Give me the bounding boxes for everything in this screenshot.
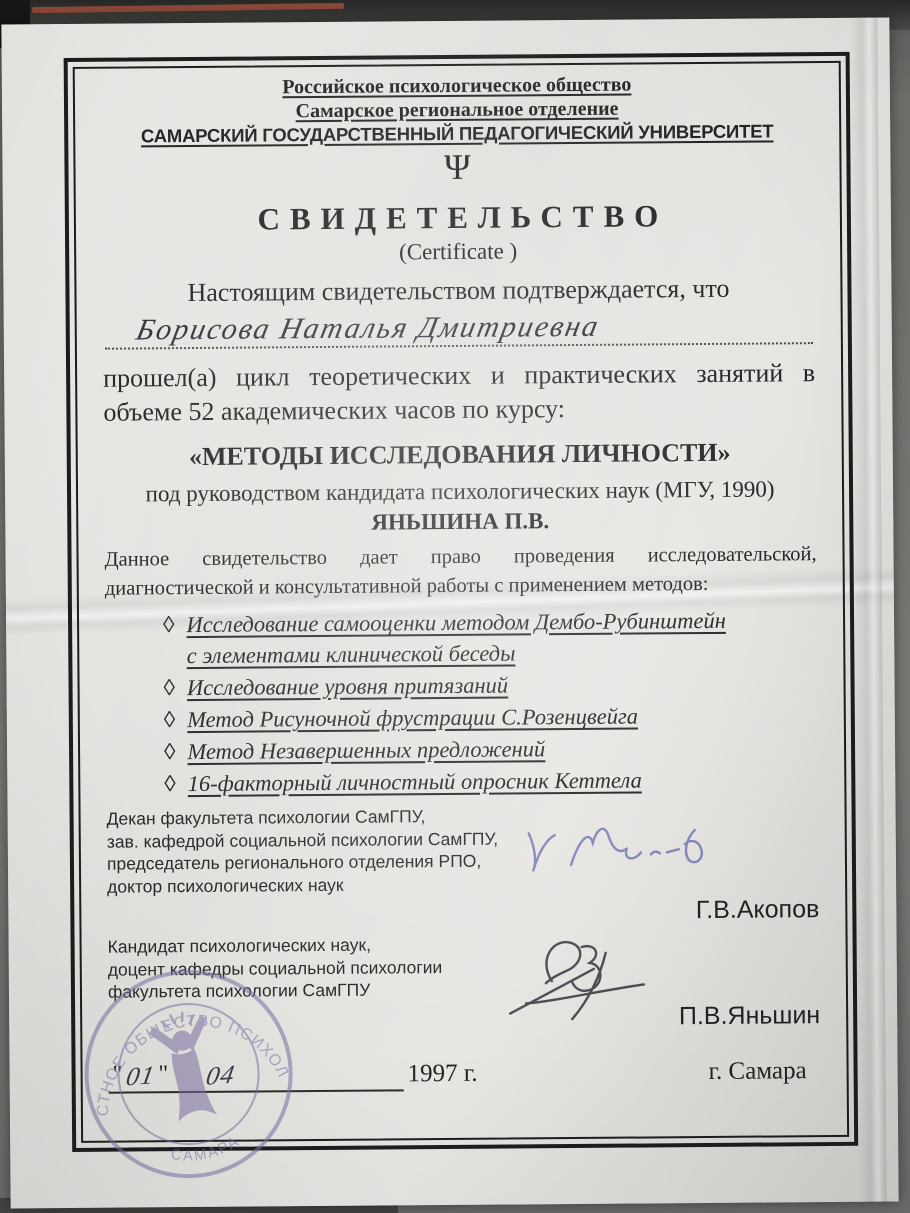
supervisor-name: ЯНЬШИНА П.В. xyxy=(104,504,816,540)
date-blank-line: "01"04 xyxy=(108,1055,403,1093)
rights-line-1: Данное свидетельство дает право проведен… xyxy=(104,540,816,575)
body-line-1: прошел(а) цикл теоретических и практичес… xyxy=(103,356,815,396)
list-item: ◊ 16-факторный личностный опросник Кетте… xyxy=(164,763,818,799)
lozenge-bullet-icon: ◊ xyxy=(164,768,176,799)
date-field: "01"041997 г. xyxy=(108,1054,477,1093)
signer-name-akopov: Г.В.Акопов xyxy=(107,894,819,930)
list-item: ◊ Исследование уровня притязаний xyxy=(163,667,817,703)
method-text: Метод Незавершенных предложений xyxy=(187,731,818,767)
supervisor-line: под руководством кандидата психологическ… xyxy=(104,474,816,510)
rights-line-2: диагностической и консультативной работы… xyxy=(105,569,817,604)
recipient-name-handwritten: Борисова Наталья Дмитриевна xyxy=(133,310,603,348)
method-text: 16-факторный личностный опросник Кеттела xyxy=(188,763,819,799)
list-item: ◊ Метод Незавершенных предложений xyxy=(164,731,818,767)
lozenge-bullet-icon: ◊ xyxy=(164,704,176,735)
certificate-outer-border: Российское психологическое общество Сама… xyxy=(64,52,859,1152)
date-row: "01"041997 г. г. Самара xyxy=(108,1052,820,1094)
lozenge-bullet-icon: ◊ xyxy=(164,736,176,767)
lozenge-bullet-icon: ◊ xyxy=(163,609,175,640)
psi-symbol: Ψ xyxy=(101,145,813,189)
handwritten-month: 04 xyxy=(203,1059,237,1091)
recipient-name-line: Борисова Наталья Дмитриевна xyxy=(103,306,815,356)
signer-title: факультета психологии СамГПУ xyxy=(108,975,820,1003)
date-year: 1997 г. xyxy=(407,1056,477,1091)
signer-name-yanshin: П.В.Яньшин xyxy=(108,1000,820,1036)
svg-text:САМАРА: САМАРА xyxy=(166,1131,244,1171)
list-item: ◊ Исследование самооценки методом Дембо-… xyxy=(163,604,817,671)
certificate-subtitle: (Certificate ) xyxy=(102,235,814,269)
body-line-2: объеме 52 академических часов по курсу: xyxy=(103,390,815,430)
certificate-inner-border: Российское психологическое общество Сама… xyxy=(73,61,849,1143)
org-line-university: САМАРСКИЙ ГОСУДАРСТВЕННЫЙ ПЕДАГОГИЧЕСКИЙ… xyxy=(101,119,813,149)
signer-block-akopov: Декан факультета психологии СамГПУ, зав.… xyxy=(107,802,820,930)
city-label: г. Самара xyxy=(708,1054,820,1089)
signer-block-yanshin: Кандидат психологических наук, доцент ка… xyxy=(108,930,821,1035)
stamp-bottom-text: САМАРА xyxy=(166,1131,244,1171)
intro-line: Настоящим свидетельством подтверждается,… xyxy=(102,271,814,310)
lozenge-bullet-icon: ◊ xyxy=(163,672,175,703)
method-text: Метод Рисуночной фрустрации С.Розенцвейг… xyxy=(187,699,818,735)
list-item: ◊ Метод Рисуночной фрустрации С.Розенцве… xyxy=(164,699,818,735)
certificate-paper: Российское психологическое общество Сама… xyxy=(1,18,898,1209)
method-text: Исследование самооценки методом Дембо-Ру… xyxy=(186,604,817,640)
certificate-title: СВИДЕТЕЛЬСТВО xyxy=(102,195,814,241)
methods-list: ◊ Исследование самооценки методом Дембо-… xyxy=(163,604,818,799)
course-title: «МЕТОДЫ ИССЛЕДОВАНИЯ ЛИЧНОСТИ» xyxy=(104,434,816,476)
handwritten-day: 01 xyxy=(124,1060,158,1092)
rights-paragraph: Данное свидетельство дает право проведен… xyxy=(104,540,816,604)
method-text: с элементами клинической беседы xyxy=(187,635,818,671)
body-paragraph: прошел(а) цикл теоретических и практичес… xyxy=(103,356,816,430)
method-text: Исследование уровня притязаний xyxy=(187,667,818,703)
